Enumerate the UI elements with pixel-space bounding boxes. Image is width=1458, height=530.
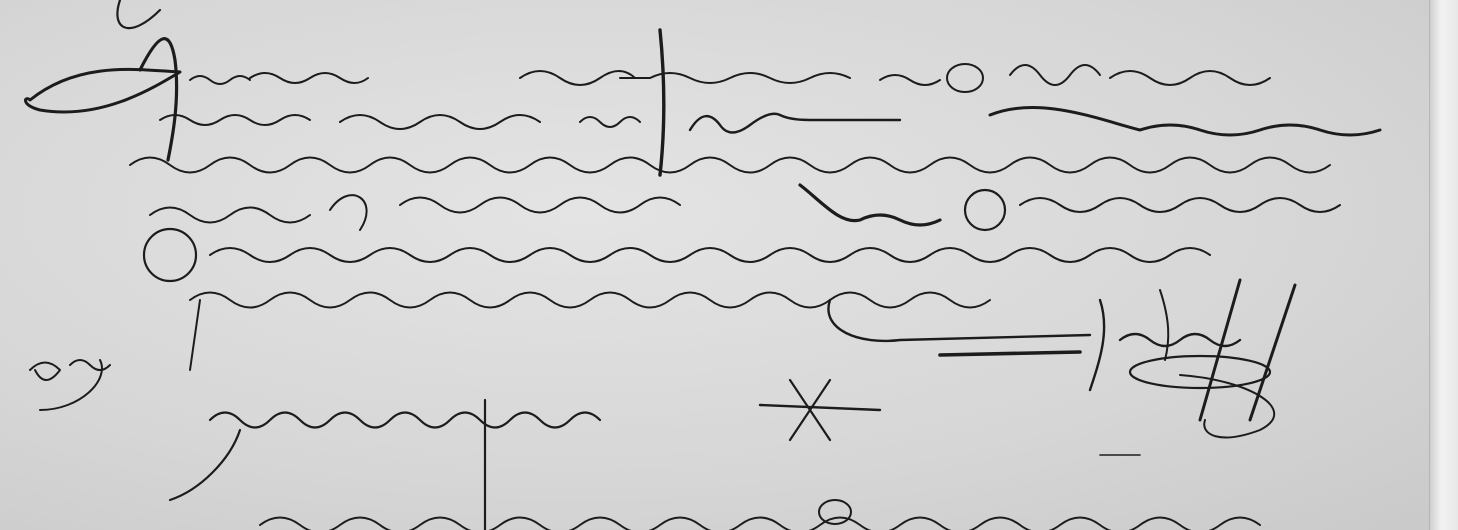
paper-edge [1429, 0, 1458, 530]
handwriting-strokes [0, 0, 1458, 530]
manuscript-page: Anno 1608 den ... frouw ... ende ... Lba… [0, 0, 1458, 530]
